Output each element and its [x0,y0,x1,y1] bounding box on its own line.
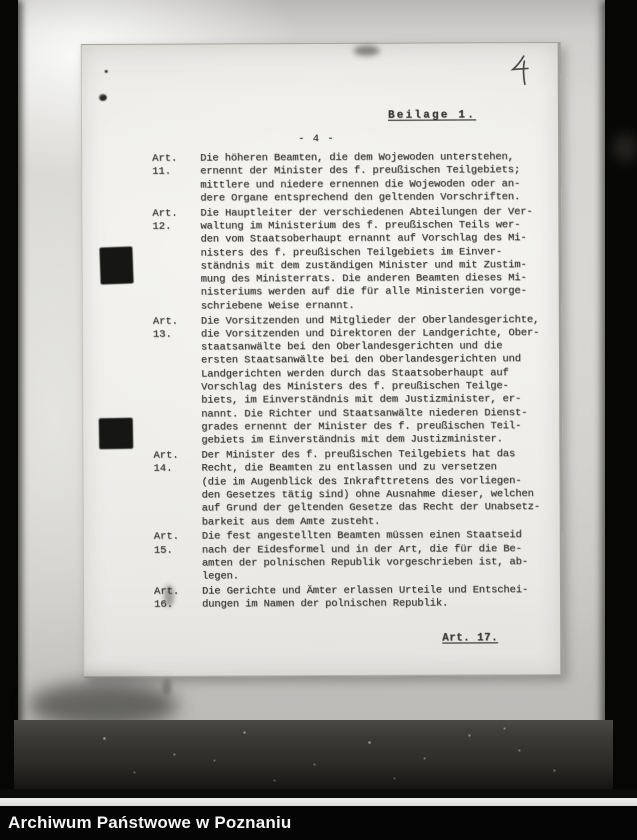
pin-hole [105,70,108,73]
punch-hole [99,94,107,101]
smudge-top [354,46,380,56]
next-article-reference: Art. 17. [442,632,498,644]
article-12: Art. 12. Die Hauptleiter der verschieden… [152,206,554,314]
article-text: Die Gerichte und Ämter erlassen Urteile … [202,584,556,612]
article-label: Art. 14. [153,450,201,530]
film-edge-left [0,0,18,795]
article-label: Art. 11. [152,153,200,206]
scanner-bed-band [14,720,613,795]
article-label: Art. 15. [154,531,202,584]
archive-scan-view: Beilage 1. - 4 - Art. 11. Die höheren Be… [0,0,637,840]
archive-name: Archiwum Państwowe w Poznaniu [8,813,292,833]
handwritten-page-number [509,52,537,90]
article-text: Die Vorsitzenden und Mitglieder der Ober… [201,314,556,449]
dust-speckles [14,720,15,721]
article-15: Art. 15. Die fest angestellten Beamten m… [154,529,556,584]
article-text: Die fest angestellten Beamten müssen ein… [202,529,556,584]
articles-block: Art. 11. Die höheren Beamten, die dem Wo… [152,151,556,614]
article-11: Art. 11. Die höheren Beamten, die dem Wo… [152,151,554,206]
article-text: Die höheren Beamten, die dem Wojewoden u… [200,151,554,206]
attachment-heading: Beilage 1. [388,109,476,121]
archive-caption-bar: Archiwum Państwowe w Poznaniu [0,806,637,840]
typed-page-number: - 4 - [298,133,335,145]
article-label: Art. 16. [154,586,202,613]
article-label: Art. 12. [152,207,200,314]
redaction-square-1 [99,246,133,284]
article-text: Die Hauptleiter der verschiedenen Abteil… [200,206,554,314]
article-text: Der Minister des f. preußischen Teilgebi… [201,448,555,529]
article-16: Art. 16. Die Gerichte und Ämter erlassen… [154,584,556,612]
redaction-square-2 [99,418,134,450]
article-label: Art. 13. [153,315,202,448]
article-13: Art. 13. Die Vorsitzenden und Mitglieder… [153,314,556,449]
film-edge-right [605,0,637,795]
article-14: Art. 14. Der Minister des f. preußischen… [153,448,555,530]
document-page: Beilage 1. - 4 - Art. 11. Die höheren Be… [81,42,564,678]
film-bottom-strip [0,789,637,798]
